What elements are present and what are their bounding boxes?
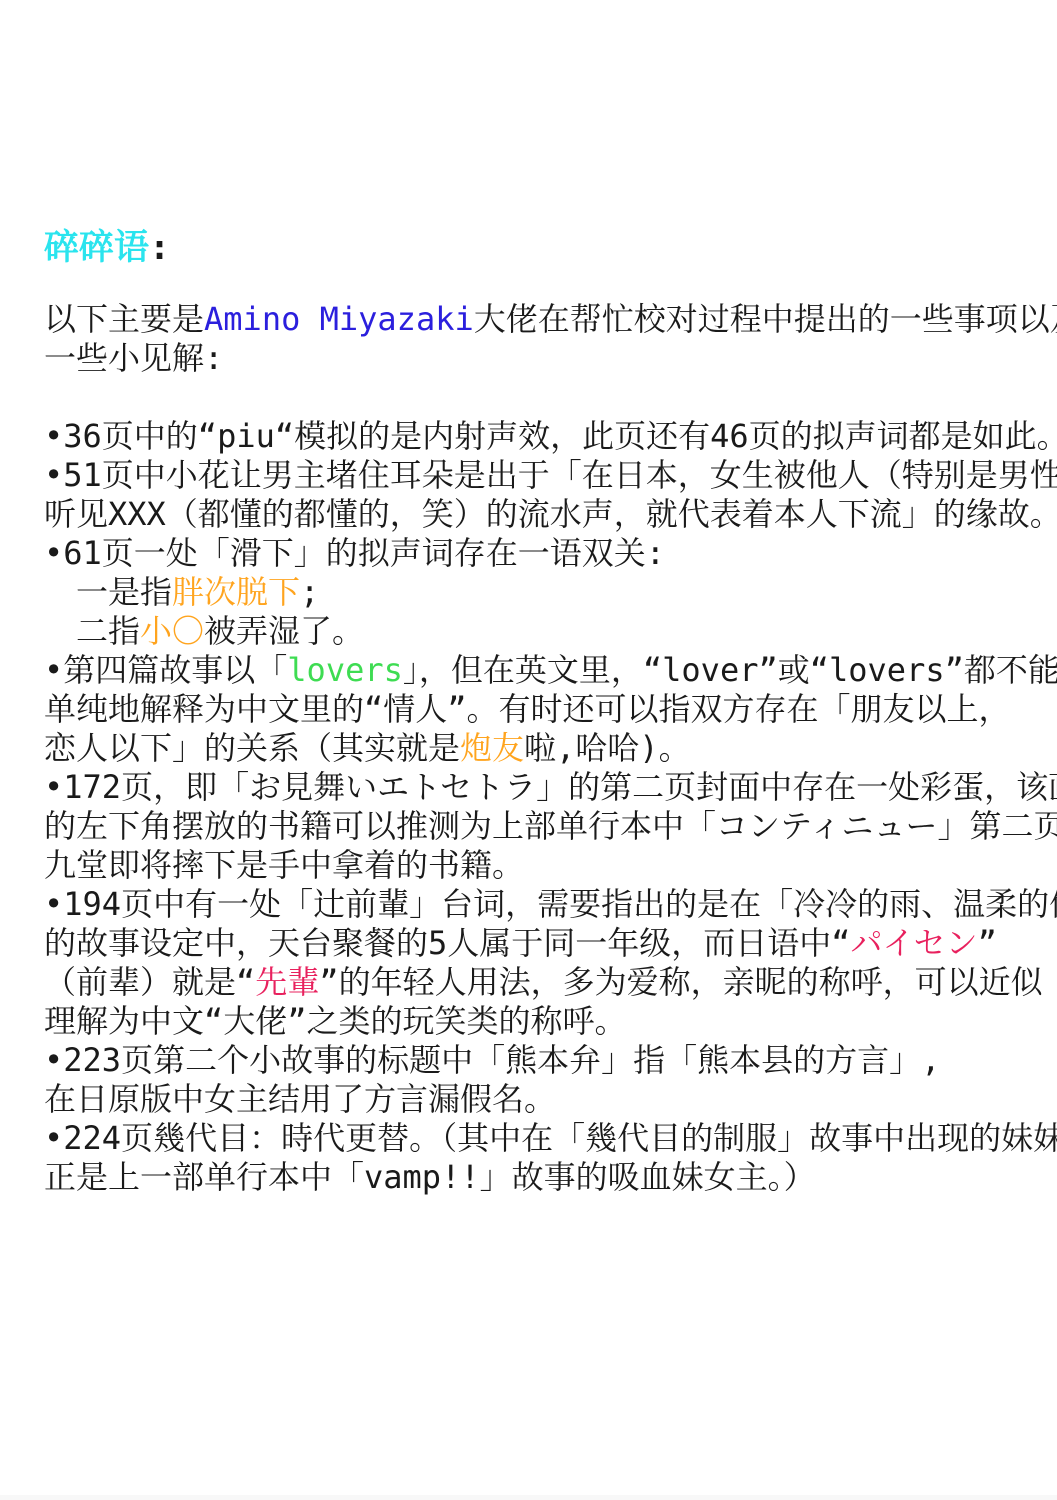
text-line: •223页第二个小故事的标题中「熊本弁」指「熊本县的方言」, bbox=[44, 1041, 1057, 1080]
text-line: •224页幾代目：時代更替。（其中在「幾代目的制服」故事中出现的妹妹， bbox=[44, 1119, 1057, 1158]
text-segment: 一些小见解: bbox=[44, 339, 223, 377]
text-segment: 」，但在英文里，“lover”或“lovers”都不能 bbox=[403, 651, 1057, 689]
text-segment: 的左下角摆放的书籍可以推测为上部单行本中「コンティニュー」第二页中 bbox=[44, 807, 1057, 845]
highlight-pink: パイセン bbox=[851, 924, 978, 962]
text-segment: : bbox=[149, 228, 170, 268]
text-line: 理解为中文“大佬”之类的玩笑类的称呼。 bbox=[44, 1002, 1057, 1041]
text-segment: 理解为中文“大佬”之类的玩笑类的称呼。 bbox=[44, 1002, 627, 1040]
highlight-cyan: 碎碎语 bbox=[44, 228, 149, 268]
highlight-pink: 先輩 bbox=[255, 963, 319, 1001]
text-segment: 正是上一部单行本中「vamp!!」故事的吸血妹女主。） bbox=[44, 1158, 816, 1196]
text-segment: （前辈）就是“ bbox=[44, 963, 255, 1001]
text-segment: 一是指 bbox=[76, 573, 172, 611]
text-segment: 被弄湿了。 bbox=[204, 612, 364, 650]
text-line: •第四篇故事以「lovers」，但在英文里，“lover”或“lovers”都不… bbox=[44, 651, 1057, 690]
text-segment: 的故事设定中，天台聚餐的5人属于同一年级，而日语中“ bbox=[44, 924, 851, 962]
text-segment: •224页幾代目：時代更替。（其中在「幾代目的制服」故事中出现的妹妹， bbox=[44, 1119, 1057, 1157]
text-line: •51页中小花让男主堵住耳朵是出于「在日本，女生被他人（特别是男性） bbox=[44, 456, 1057, 495]
text-segment: 听见XXX（都懂的都懂的，笑）的流水声，就代表着本人下流」的缘故。 bbox=[44, 495, 1057, 533]
blank-line bbox=[44, 378, 1057, 417]
text-line: •36页中的“piu“模拟的是内射声效，此页还有46页的拟声词都是如此。 bbox=[44, 417, 1057, 456]
text-line: 一些小见解: bbox=[44, 339, 1057, 378]
text-line: •61页一处「滑下」的拟声词存在一语双关: bbox=[44, 534, 1057, 573]
text-line: 正是上一部单行本中「vamp!!」故事的吸血妹女主。） bbox=[44, 1158, 1057, 1197]
highlight-blue: Amino Miyazaki bbox=[204, 300, 474, 338]
text-line: 以下主要是Amino Miyazaki大佬在帮忙校对过程中提出的一些事项以及?的 bbox=[44, 300, 1057, 339]
text-segment: •51页中小花让男主堵住耳朵是出于「在日本，女生被他人（特别是男性） bbox=[44, 456, 1057, 494]
text-line: 一是指胖次脱下; bbox=[44, 573, 1057, 612]
text-segment: 啦,哈哈)。 bbox=[524, 729, 691, 767]
bottom-edge-divider bbox=[0, 1495, 1057, 1500]
highlight-orange: 小〇 bbox=[140, 612, 204, 650]
text-segment: 单纯地解释为中文里的“情人”。有时还可以指双方存在「朋友以上， bbox=[44, 690, 1011, 728]
text-line: 的左下角摆放的书籍可以推测为上部单行本中「コンティニュー」第二页中 bbox=[44, 807, 1057, 846]
page-title: 碎碎语: bbox=[44, 228, 1057, 268]
text-line: 在日原版中女主结用了方言漏假名。 bbox=[44, 1080, 1057, 1119]
text-line: 九堂即将摔下是手中拿着的书籍。 bbox=[44, 846, 1057, 885]
text-line: 单纯地解释为中文里的“情人”。有时还可以指双方存在「朋友以上， bbox=[44, 690, 1057, 729]
translator-notes: 碎碎语:以下主要是Amino Miyazaki大佬在帮忙校对过程中提出的一些事项… bbox=[44, 228, 1057, 1197]
text-segment: •223页第二个小故事的标题中「熊本弁」指「熊本县的方言」, bbox=[44, 1041, 940, 1079]
highlight-green: lovers bbox=[287, 651, 403, 689]
text-segment: 在日原版中女主结用了方言漏假名。 bbox=[44, 1080, 556, 1118]
text-segment: •194页中有一处「辻前輩」台词，需要指出的是在「冷冷的雨、温柔的你」 bbox=[44, 885, 1057, 923]
text-line: 恋人以下」的关系（其实就是炮友啦,哈哈)。 bbox=[44, 729, 1057, 768]
text-segment: 二指 bbox=[76, 612, 140, 650]
text-line: •194页中有一处「辻前輩」台词，需要指出的是在「冷冷的雨、温柔的你」 bbox=[44, 885, 1057, 924]
text-segment: •36页中的“piu“模拟的是内射声效，此页还有46页的拟声词都是如此。 bbox=[44, 417, 1057, 455]
text-segment: ”的年轻人用法，多为爱称，亲昵的称呼，可以近似 bbox=[319, 963, 1042, 1001]
text-segment: •61页一处「滑下」的拟声词存在一语双关: bbox=[44, 534, 665, 572]
text-line: （前辈）就是“先輩”的年轻人用法，多为爱称，亲昵的称呼，可以近似 bbox=[44, 963, 1057, 1002]
text-segment: 大佬在帮忙校对过程中提出的一些事项以及 bbox=[474, 300, 1057, 338]
text-segment: •172页，即「お見舞いエトセトラ」的第二页封面中存在一处彩蛋，该画面 bbox=[44, 768, 1057, 806]
text-segment: 九堂即将摔下是手中拿着的书籍。 bbox=[44, 846, 524, 884]
text-line: 听见XXX（都懂的都懂的，笑）的流水声，就代表着本人下流」的缘故。 bbox=[44, 495, 1057, 534]
text-line: 二指小〇被弄湿了。 bbox=[44, 612, 1057, 651]
text-segment: •第四篇故事以「 bbox=[44, 651, 287, 689]
text-segment: ; bbox=[300, 573, 319, 611]
text-line: •172页，即「お見舞いエトセトラ」的第二页封面中存在一处彩蛋，该画面 bbox=[44, 768, 1057, 807]
document-page: 碎碎语:以下主要是Amino Miyazaki大佬在帮忙校对过程中提出的一些事项… bbox=[0, 0, 1057, 1500]
text-segment: 恋人以下」的关系（其实就是 bbox=[44, 729, 460, 767]
highlight-orange: 炮友 bbox=[460, 729, 524, 767]
text-segment: 以下主要是 bbox=[44, 300, 204, 338]
text-line: 的故事设定中，天台聚餐的5人属于同一年级，而日语中“パイセン” bbox=[44, 924, 1057, 963]
highlight-orange: 胖次脱下 bbox=[172, 573, 300, 611]
text-segment: ” bbox=[978, 924, 997, 962]
